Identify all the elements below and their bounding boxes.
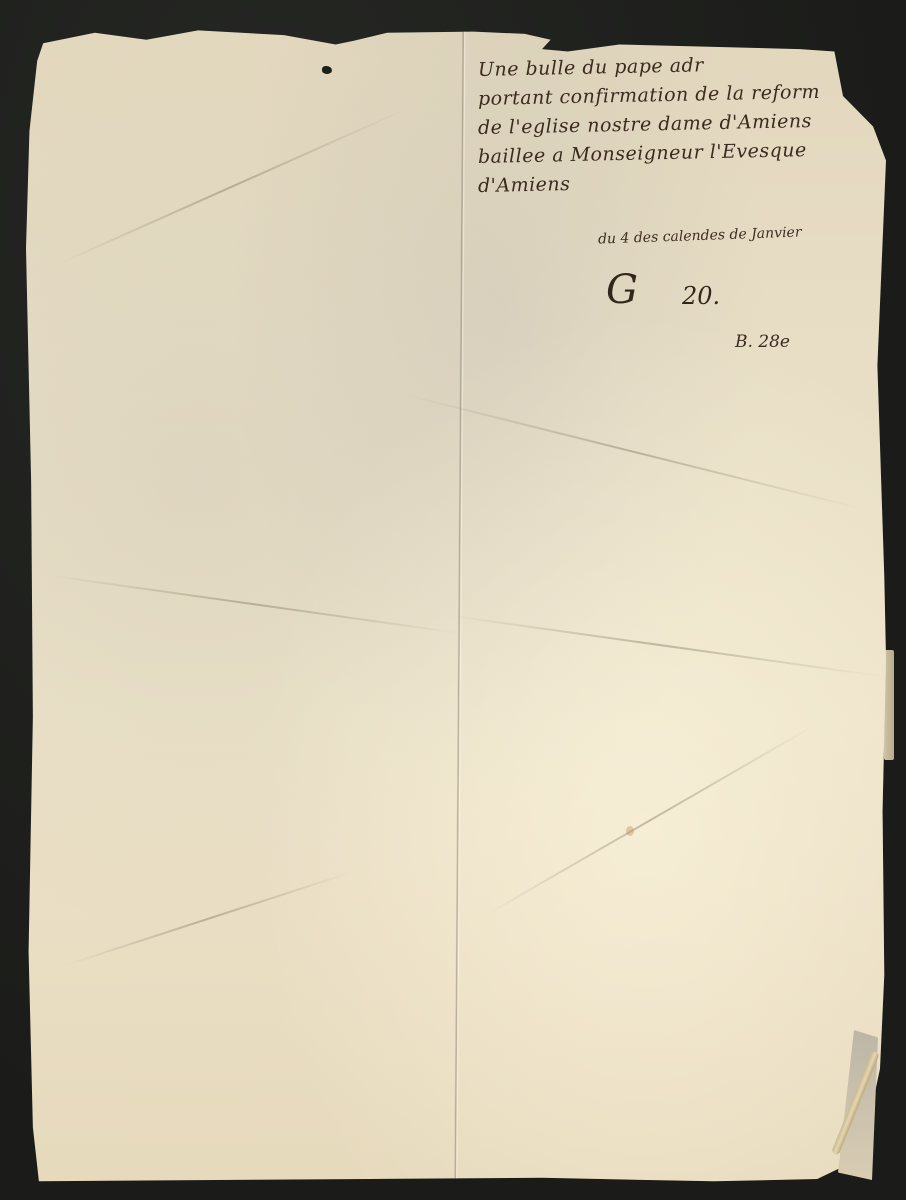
endorsement-text: Une bulle du pape adr portant confirmati… bbox=[478, 56, 878, 201]
crease bbox=[56, 110, 404, 266]
crease bbox=[66, 871, 352, 966]
shelfmark-secondary: B. 28e bbox=[735, 332, 790, 352]
crease bbox=[46, 574, 462, 634]
shelfmark-letter: G bbox=[606, 270, 638, 310]
document-scan: Une bulle du pape adr portant confirmati… bbox=[0, 0, 906, 1200]
crease bbox=[406, 394, 863, 510]
shelfmark-number: 20. bbox=[682, 282, 720, 310]
crease bbox=[446, 614, 882, 677]
worm-hole bbox=[322, 66, 332, 74]
crease bbox=[486, 724, 816, 916]
stain bbox=[626, 826, 634, 836]
center-fold bbox=[454, 14, 466, 1186]
